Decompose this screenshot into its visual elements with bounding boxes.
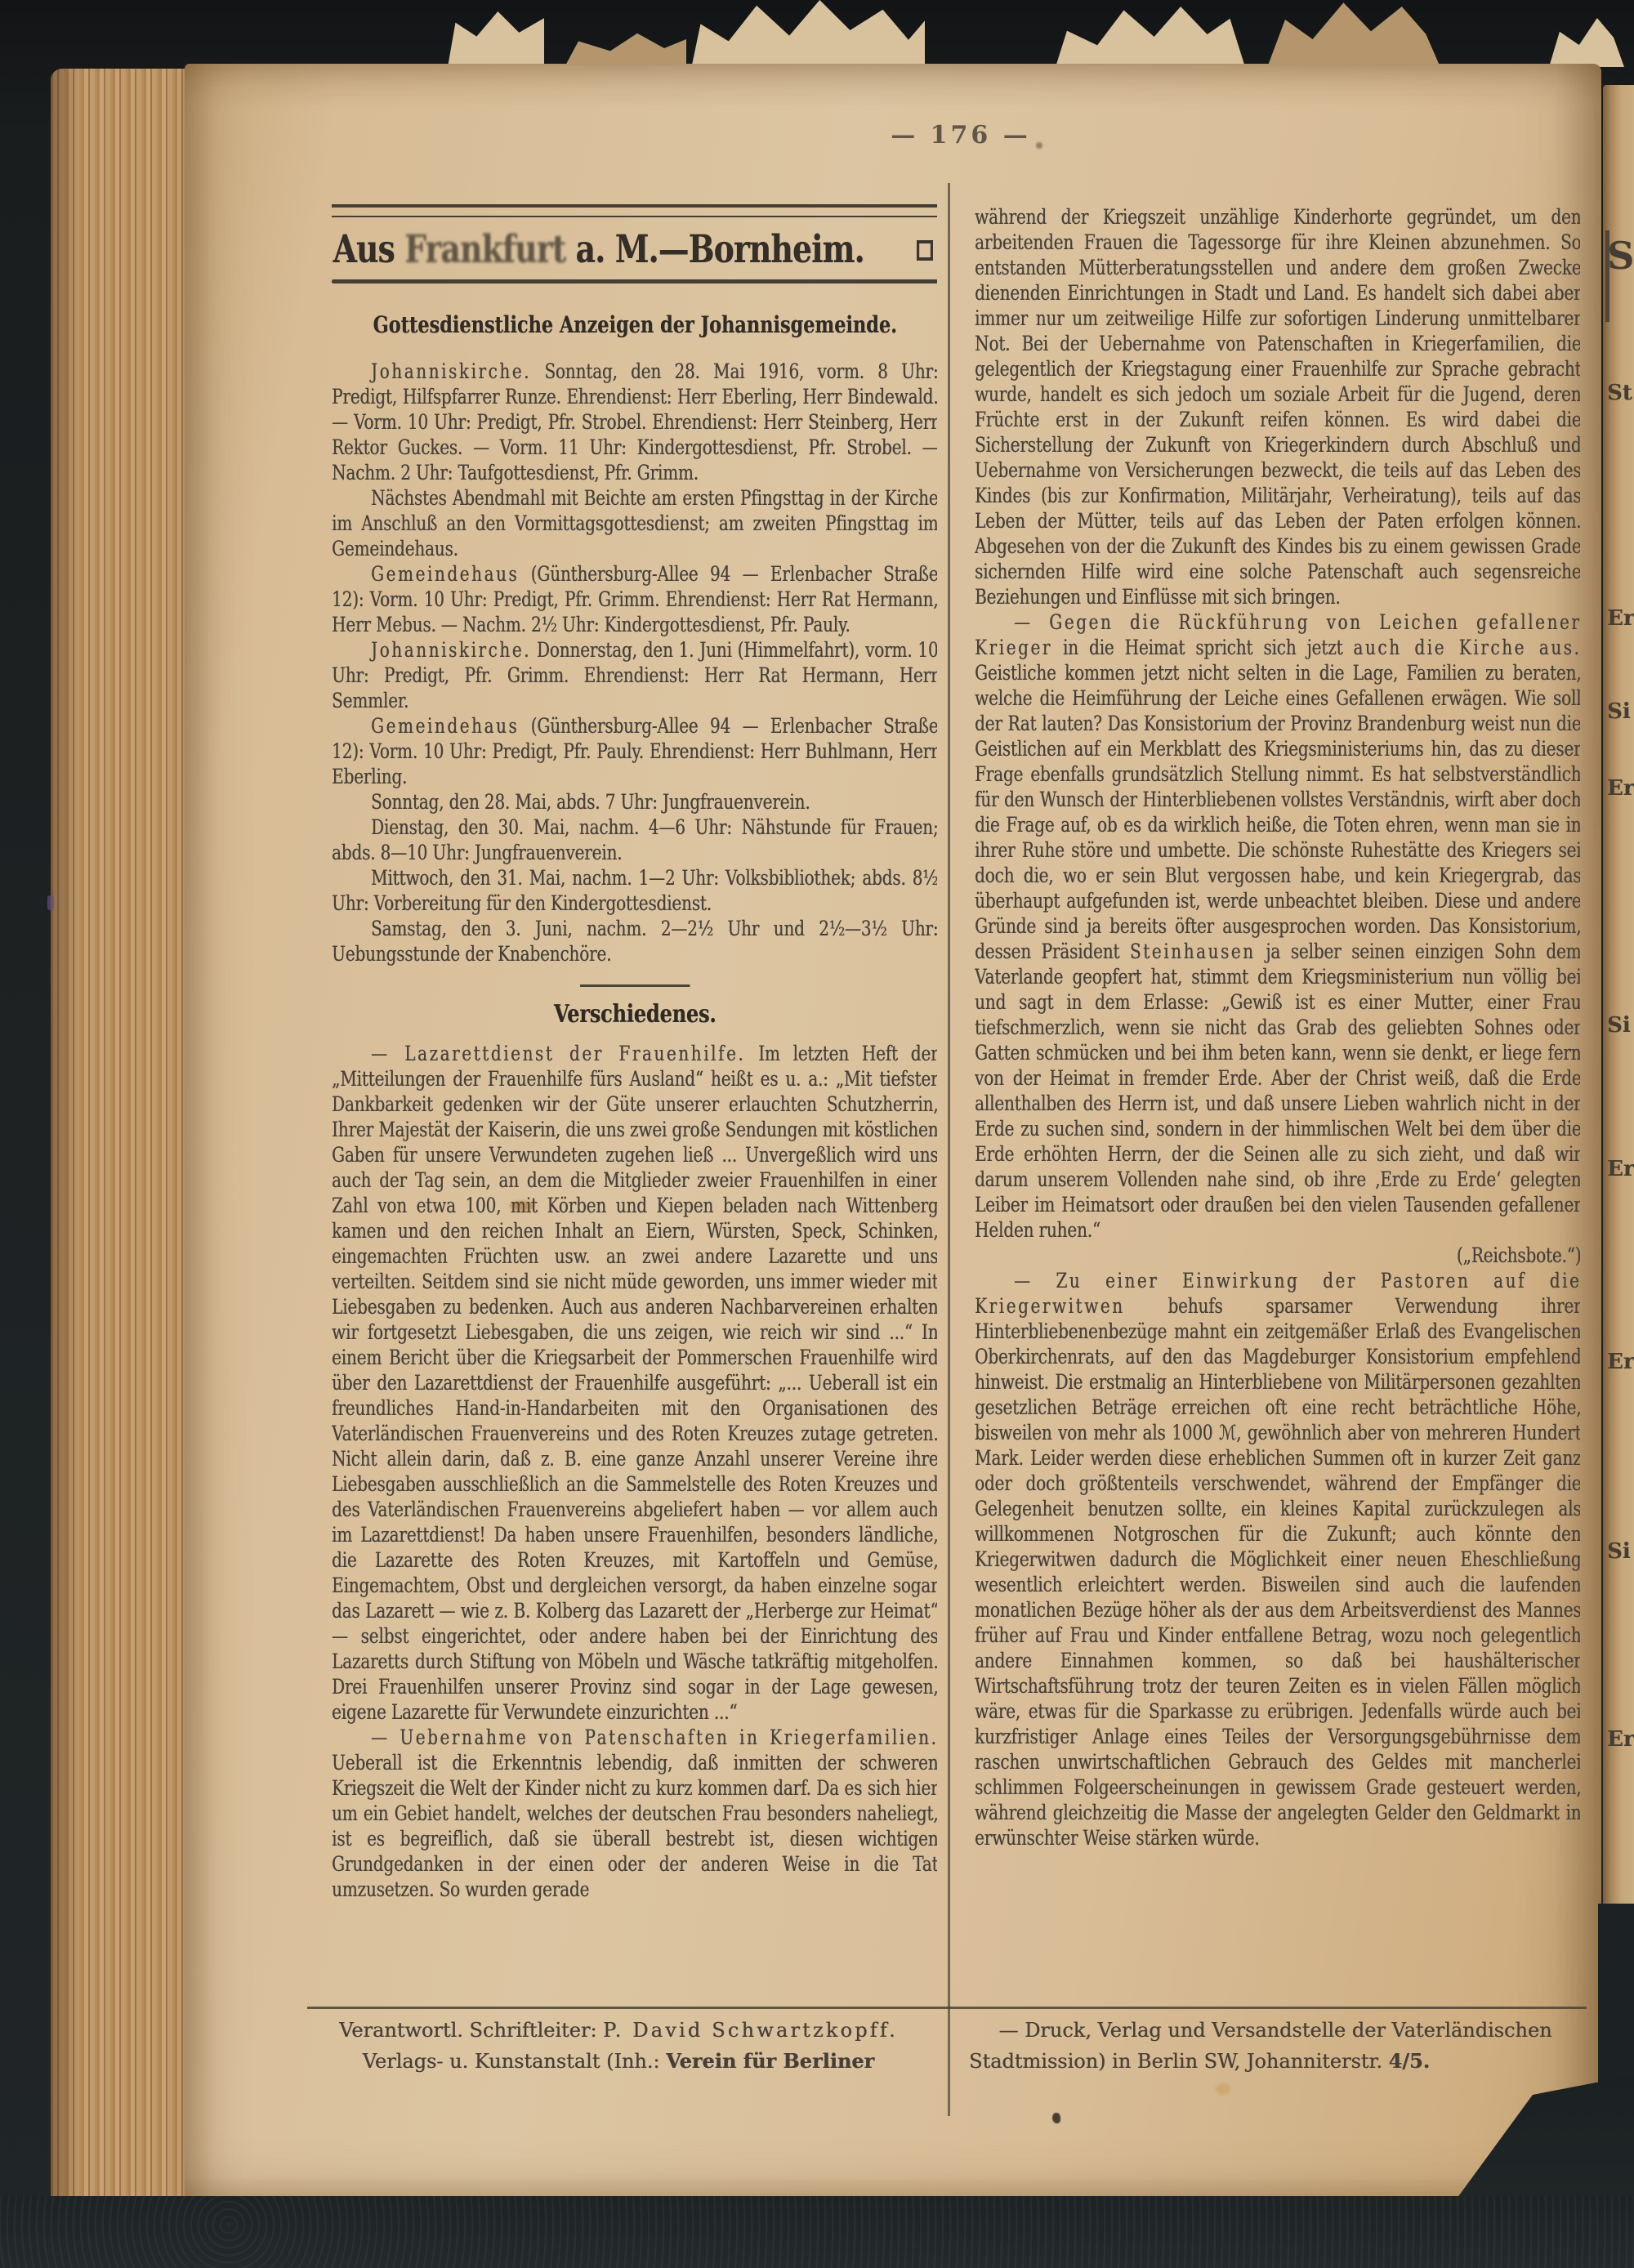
article-header: Aus Frankfurt a. M.—Bornheim. [332,204,937,283]
text-segment: Johanniskirche. [371,359,531,383]
imprint-line: Stadtmission) in Berlin SW, Johanniterst… [964,2046,1587,2077]
paragraph: — Gegen die Rückführung von Leichen gefa… [975,609,1580,1243]
text-segment: („Reichsbote.“) [1457,1243,1580,1267]
paragraph: Nächstes Abendmahl mit Beichte am ersten… [332,485,937,561]
service-announcements: Johanniskirche. Sonntag, den 28. Mai 191… [332,359,937,967]
print-fragment: Er [1607,1157,1634,1181]
paragraph: Gemeindehaus (Günthersburg-Allee 94 — Er… [332,561,937,637]
text-segment: Verlags- u. Kunstanstalt (Inh.: [363,2050,666,2073]
ink-speck [47,895,54,910]
torn-paper-fragment [1549,18,1624,67]
torn-paper-fragment [1268,0,1440,65]
torn-paper-fragment [448,11,544,67]
paper-stain [1036,142,1042,149]
imprint-right: — Druck, Verlag und Versandstelle der Va… [964,2016,1587,2077]
left-column: Aus Frankfurt a. M.—Bornheim. Gottesdien… [332,204,937,1998]
text-segment: Nächstes Abendmahl mit Beichte am ersten… [332,486,937,560]
torn-paper-fragment [564,29,686,69]
text-segment: Im letzten Heft der „Mitteilungen der Fr… [332,1042,937,1724]
separator-rule [580,984,690,987]
print-fragment: Si [1607,1539,1631,1564]
print-fragment: S [1607,234,1634,278]
right-column: während der Kriegszeit unzählige Kinderh… [975,204,1580,1998]
paragraph: („Reichsbote.“) [975,1243,1580,1268]
section-heading-gottesdienst: Gottesdienstliche Anzeigen der Johannisg… [332,311,937,339]
article-title: Aus Frankfurt a. M.—Bornheim. [333,225,908,275]
print-fragment: Si [1607,1013,1631,1038]
paper-stain [1216,2083,1230,2095]
misc-articles-continued: während der Kriegszeit unzählige Kinderh… [975,204,1580,1851]
paragraph: Gemeindehaus (Günthersburg-Allee 94 — Er… [332,713,937,789]
paragraph: während der Kriegszeit unzählige Kinderh… [975,204,1580,609]
next-page-edge: SStErSiErSiErErSiEr [1603,85,1634,1933]
paper-stain [510,1201,534,1211]
page-number: — 176 — [830,121,1092,150]
text-segment: Johanniskirche. [371,638,531,662]
print-fragment: Er [1607,606,1634,631]
text-segment: in die Heimat spricht sich jetzt [1052,636,1354,659]
newspaper-page: — 176 — Aus Frankfurt a. M.—Bornheim. Go… [185,64,1601,2209]
paragraph: — Zu einer Einwirkung der Pastoren auf d… [975,1268,1580,1851]
imprint-line: — Druck, Verlag und Versandstelle der Va… [964,2016,1587,2046]
ink-dot [1052,2113,1060,2123]
paragraph: Dienstag, den 30. Mai, nachm. 4—6 Uhr: N… [332,815,937,865]
text-segment: Sonntag, den 28. Mai, abds. 7 Uhr: Jungf… [371,790,810,814]
section-heading-verschiedenes: Verschiedenes. [332,1000,937,1029]
text-segment: Verantwortl. Schriftleiter: [339,2019,603,2042]
text-segment: auch die Kirche aus. [1353,636,1580,659]
book-photo: — 176 — Aus Frankfurt a. M.—Bornheim. Go… [0,0,1634,2268]
text-segment: behufs sparsamer Verwendung ihrer Hinter… [975,1294,1580,1850]
text-segment: Stadtmission) in Berlin SW, Johanniterst… [969,2050,1389,2073]
misc-articles: — Lazarettdienst der Frauenhilfe. Im let… [332,1041,937,1902]
print-fragment: St [1607,381,1632,405]
torn-paper-fragment [1056,7,1245,67]
footer-rule [307,2007,1587,2009]
paragraph: Sonntag, den 28. Mai, abds. 7 Uhr: Jungf… [332,789,937,815]
text-segment: Dienstag, den 30. Mai, nachm. 4—6 Uhr: N… [332,815,937,864]
torn-paper-fragment [691,0,925,69]
print-fragment: Er [1607,1727,1634,1752]
imprint-left: Verantwortl. Schriftleiter: P. David Sch… [307,2016,930,2077]
text-segment: ja selber seinen einzigen Sohn dem Vater… [975,940,1580,1242]
text-segment: — Lazarettdienst der Frauenhilfe. [371,1042,745,1065]
print-fragment: Er [1607,1350,1634,1374]
text-segment: Samstag, den 3. Juni, nachm. 2—2½ Uhr un… [332,917,937,966]
text-segment: 4/5. [1389,2049,1431,2073]
text-segment: — Uebernahme von Patenschaften in Kriege… [371,1726,937,1749]
text-segment: Gemeindehaus [371,714,519,738]
paragraph: Johanniskirche. Sonntag, den 28. Mai 191… [332,359,937,485]
imprint-footer: Verantwortl. Schriftleiter: P. David Sch… [307,2007,1587,2077]
single-rule [332,279,937,283]
text-segment: P. David Schwartzkopff. [603,2019,898,2042]
paragraph: — Uebernahme von Patenschaften in Kriege… [332,1725,937,1902]
text-segment: Mittwoch, den 31. Mai, nachm. 1—2 Uhr: V… [332,866,937,915]
text-segment: Gemeindehaus [371,562,519,586]
book-cover [0,2196,1634,2268]
print-fragment: Er [1607,776,1634,801]
text-segment: während der Kriegszeit unzählige Kinderh… [975,205,1580,609]
end-square-icon [917,240,933,261]
page-stack-fore-edge [51,69,206,2203]
paragraph: Samstag, den 3. Juni, nachm. 2—2½ Uhr un… [332,916,937,967]
paragraph: Mittwoch, den 31. Mai, nachm. 1—2 Uhr: V… [332,865,937,916]
text-segment: — Druck, Verlag und Versandstelle der Va… [998,2019,1551,2042]
paragraph: — Lazarettdienst der Frauenhilfe. Im let… [332,1041,937,1725]
print-fragment: Si [1607,699,1631,724]
text-columns: Aus Frankfurt a. M.—Bornheim. Gottesdien… [332,204,1580,1998]
text-segment: Ueberall ist die Erkenntnis lebendig, da… [332,1751,937,1901]
text-segment: Verein für Berliner [666,2049,874,2073]
paragraph: Johanniskirche. Donnerstag, den 1. Juni … [332,637,937,713]
imprint-line: Verantwortl. Schriftleiter: P. David Sch… [307,2016,930,2046]
text-segment: Geistliche kommen jetzt nicht selten in … [975,661,1580,963]
text-segment: Steinhausen [1130,940,1256,963]
double-rule [332,204,937,217]
imprint-line: Verlags- u. Kunstanstalt (Inh.: Verein f… [307,2046,930,2077]
